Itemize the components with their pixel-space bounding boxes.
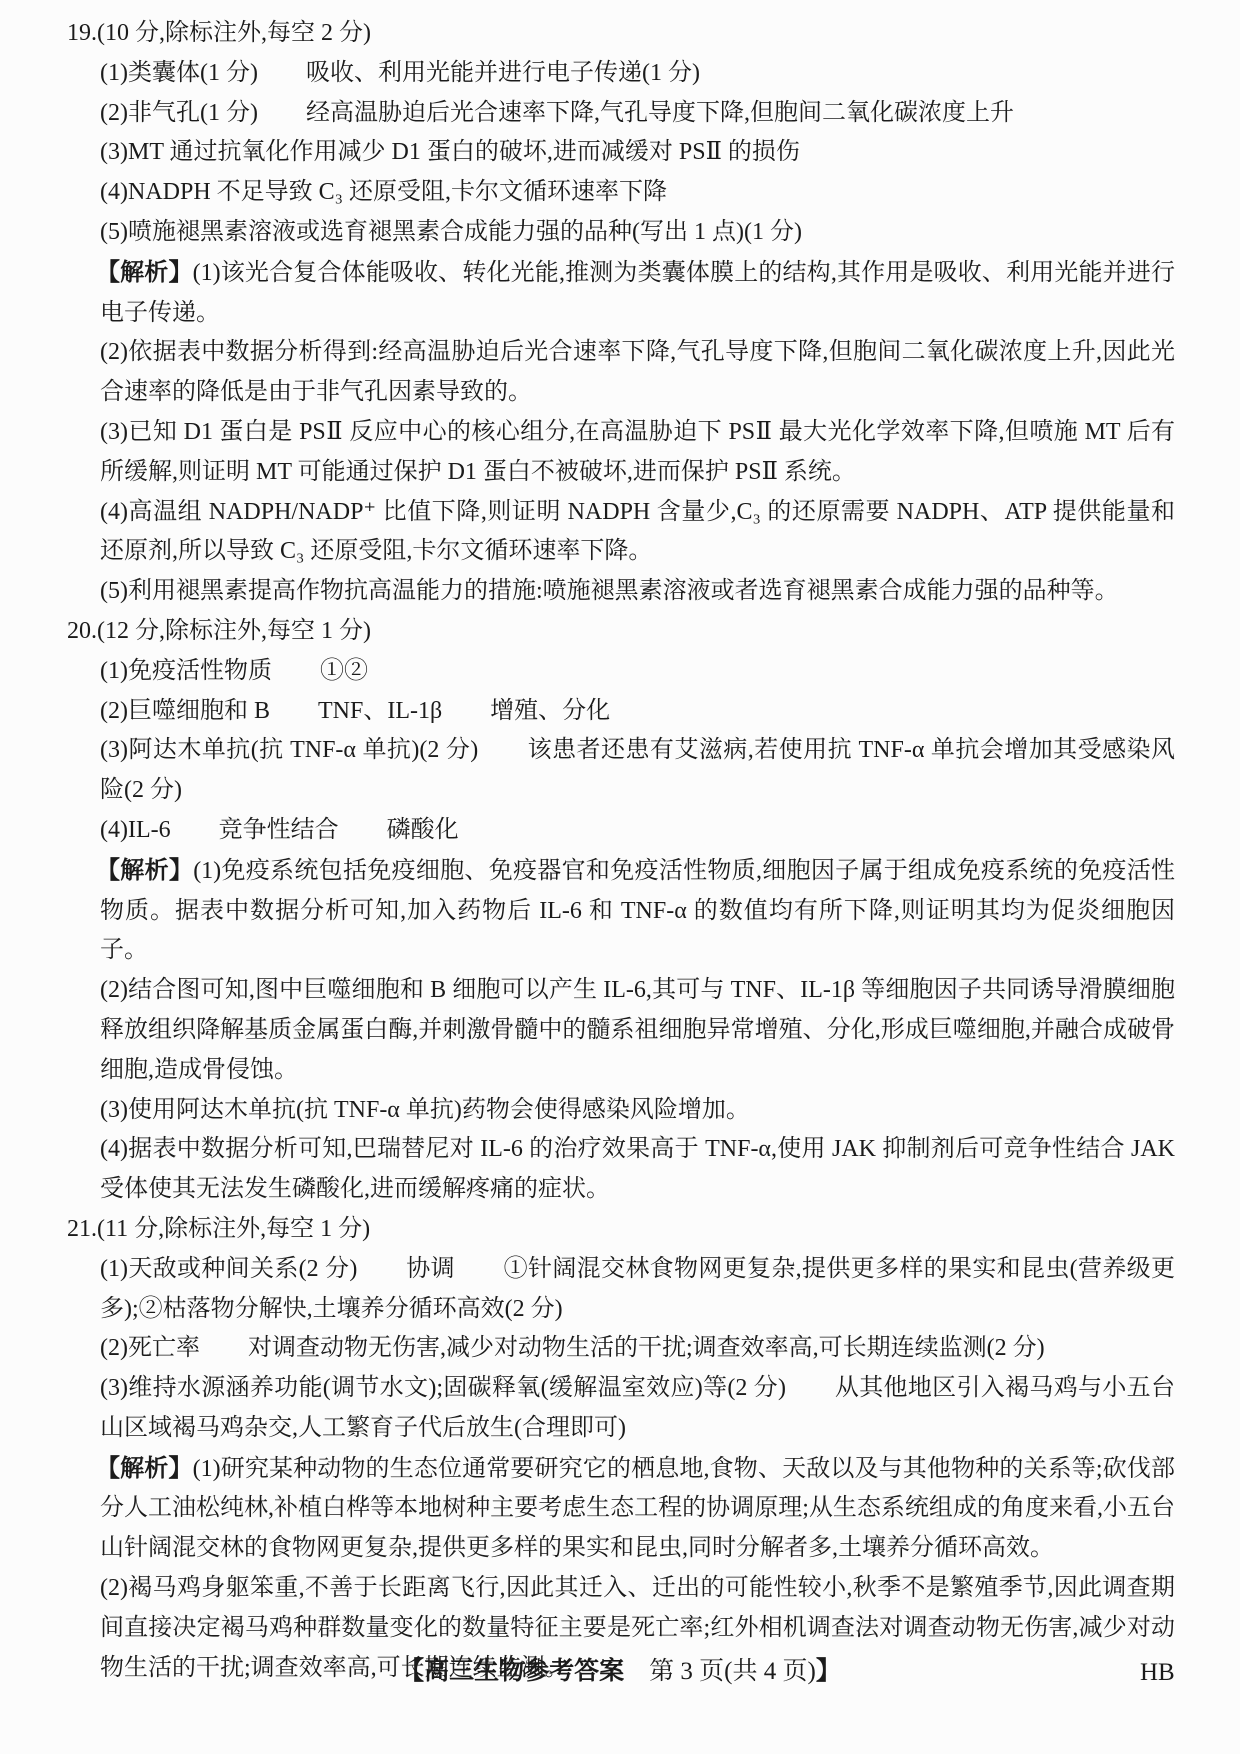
analysis-text: (1)该光合复合体能吸收、转化光能,推测为类囊体膜上的结构,其作用是吸收、利用光… [100, 260, 1175, 326]
analysis-paragraph: (2)结合图可知,图中巨噬细胞和 B 细胞可以产生 IL-6,其可与 TNF、I… [100, 971, 1175, 1090]
answer-line: (1)类囊体(1 分) 吸收、利用光能并进行电子传递(1 分) [100, 54, 1175, 94]
question-header: 20.(12 分,除标注外,每空 1 分) [100, 612, 1175, 652]
analysis-text: (3)使用阿达木单抗(抗 TNF-α 单抗)药物会使得感染风险增加。 [100, 1097, 750, 1123]
footer-bracket-close: 】 [816, 1657, 841, 1685]
analysis-text: (2)结合图可知,图中巨噬细胞和 B 细胞可以产生 IL-6,其可与 TNF、I… [100, 977, 1175, 1083]
answer-line: (3)维持水源涵养功能(调节水文);固碳释氧(缓解温室效应)等(2 分) 从其他… [100, 1369, 1175, 1449]
analysis-text: (1)研究某种动物的生态位通常要研究它的栖息地,食物、天敌以及与其他物种的关系等… [100, 1456, 1175, 1562]
answer-line: (1)天敌或种间关系(2 分) 协调 ①针阔混交林食物网更复杂,提供更多样的果实… [100, 1250, 1175, 1330]
analysis-paragraph: 【解析】(1)该光合复合体能吸收、转化光能,推测为类囊体膜上的结构,其作用是吸收… [100, 253, 1175, 334]
analysis-text: (3)已知 D1 蛋白是 PSⅡ 反应中心的核心组分,在高温胁迫下 PSⅡ 最大… [100, 419, 1175, 485]
analysis-text: (5)利用褪黑素提高作物抗高温能力的措施:喷施褪黑素溶液或者选育褪黑素合成能力强… [100, 578, 1119, 604]
analysis-paragraph: 【解析】(1)研究某种动物的生态位通常要研究它的栖息地,食物、天敌以及与其他物种… [100, 1449, 1175, 1569]
question-header-text: (12 分,除标注外,每空 1 分) [97, 618, 371, 644]
analysis-paragraph: (4)高温组 NADPH/NADP⁺ 比值下降,则证明 NADPH 含量少,C₃… [100, 493, 1175, 573]
question-header: 19.(10 分,除标注外,每空 2 分) [100, 14, 1175, 54]
analysis-paragraph: (3)使用阿达木单抗(抗 TNF-α 单抗)药物会使得感染风险增加。 [100, 1091, 1175, 1131]
footer-title: 高三生物参考答案 [424, 1657, 624, 1685]
question-header-text: (10 分,除标注外,每空 2 分) [97, 20, 371, 46]
publisher-code: HB [1140, 1658, 1175, 1688]
footer-bracket-open: 【 [399, 1657, 424, 1685]
analysis-paragraph: (2)依据表中数据分析得到:经高温胁迫后光合速率下降,气孔导度下降,但胞间二氧化… [100, 333, 1175, 413]
analysis-text: (4)高温组 NADPH/NADP⁺ 比值下降,则证明 NADPH 含量少,C₃… [100, 499, 1175, 565]
footer-page-number: 第 3 页(共 4 页) [624, 1658, 816, 1685]
answer-line: (2)巨噬细胞和 B TNF、IL-1β 增殖、分化 [100, 692, 1175, 732]
answer-line: (5)喷施褪黑素溶液或选育褪黑素合成能力强的品种(写出 1 点)(1 分) [100, 213, 1175, 253]
question-number: 19. [67, 20, 97, 46]
answer-line: (2)非气孔(1 分) 经高温胁迫后光合速率下降,气孔导度下降,但胞间二氧化碳浓… [100, 94, 1175, 134]
analysis-text: (1)免疫系统包括免疫细胞、免疫器官和免疫活性物质,细胞因子属于组成免疫系统的免… [100, 858, 1175, 964]
page-footer: 【高三生物参考答案 第 3 页(共 4 页)】 [0, 1653, 1240, 1690]
analysis-paragraph: (5)利用褪黑素提高作物抗高温能力的措施:喷施褪黑素溶液或者选育褪黑素合成能力强… [100, 572, 1175, 612]
answer-line: (4)IL-6 竞争性结合 磷酸化 [100, 811, 1175, 851]
analysis-paragraph: (4)据表中数据分析可知,巴瑞替尼对 IL-6 的治疗效果高于 TNF-α,使用… [100, 1130, 1175, 1210]
answer-key-page: { "document": { "kind": "exam-reference-… [0, 0, 1240, 1754]
analysis-label: 【解析】 [96, 1455, 193, 1482]
answer-sheet: 19.(10 分,除标注外,每空 2 分)(1)类囊体(1 分) 吸收、利用光能… [100, 14, 1175, 1688]
answer-line: (4)NADPH 不足导致 C₃ 还原受阻,卡尔文循环速率下降 [100, 173, 1175, 213]
analysis-label: 【解析】 [96, 259, 193, 286]
answer-line: (3)阿达木单抗(抗 TNF-α 单抗)(2 分) 该患者还患有艾滋病,若使用抗… [100, 731, 1175, 811]
analysis-label: 【解析】 [96, 857, 193, 884]
analysis-text: (2)依据表中数据分析得到:经高温胁迫后光合速率下降,气孔导度下降,但胞间二氧化… [100, 339, 1175, 405]
answer-line: (2)死亡率 对调查动物无伤害,减少对动物生活的干扰;调查效率高,可长期连续监测… [100, 1329, 1175, 1369]
answer-line: (3)MT 通过抗氧化作用减少 D1 蛋白的破坏,进而减缓对 PSⅡ 的损伤 [100, 133, 1175, 173]
question-number: 20. [67, 618, 97, 644]
question-number: 21. [67, 1216, 97, 1242]
answer-line: (1)免疫活性物质 ①② [100, 652, 1175, 692]
analysis-paragraph: 【解析】(1)免疫系统包括免疫细胞、免疫器官和免疫活性物质,细胞因子属于组成免疫… [100, 851, 1175, 971]
analysis-paragraph: (3)已知 D1 蛋白是 PSⅡ 反应中心的核心组分,在高温胁迫下 PSⅡ 最大… [100, 413, 1175, 493]
question-header: 21.(11 分,除标注外,每空 1 分) [100, 1210, 1175, 1250]
question-header-text: (11 分,除标注外,每空 1 分) [97, 1216, 370, 1242]
analysis-text: (4)据表中数据分析可知,巴瑞替尼对 IL-6 的治疗效果高于 TNF-α,使用… [100, 1136, 1175, 1202]
